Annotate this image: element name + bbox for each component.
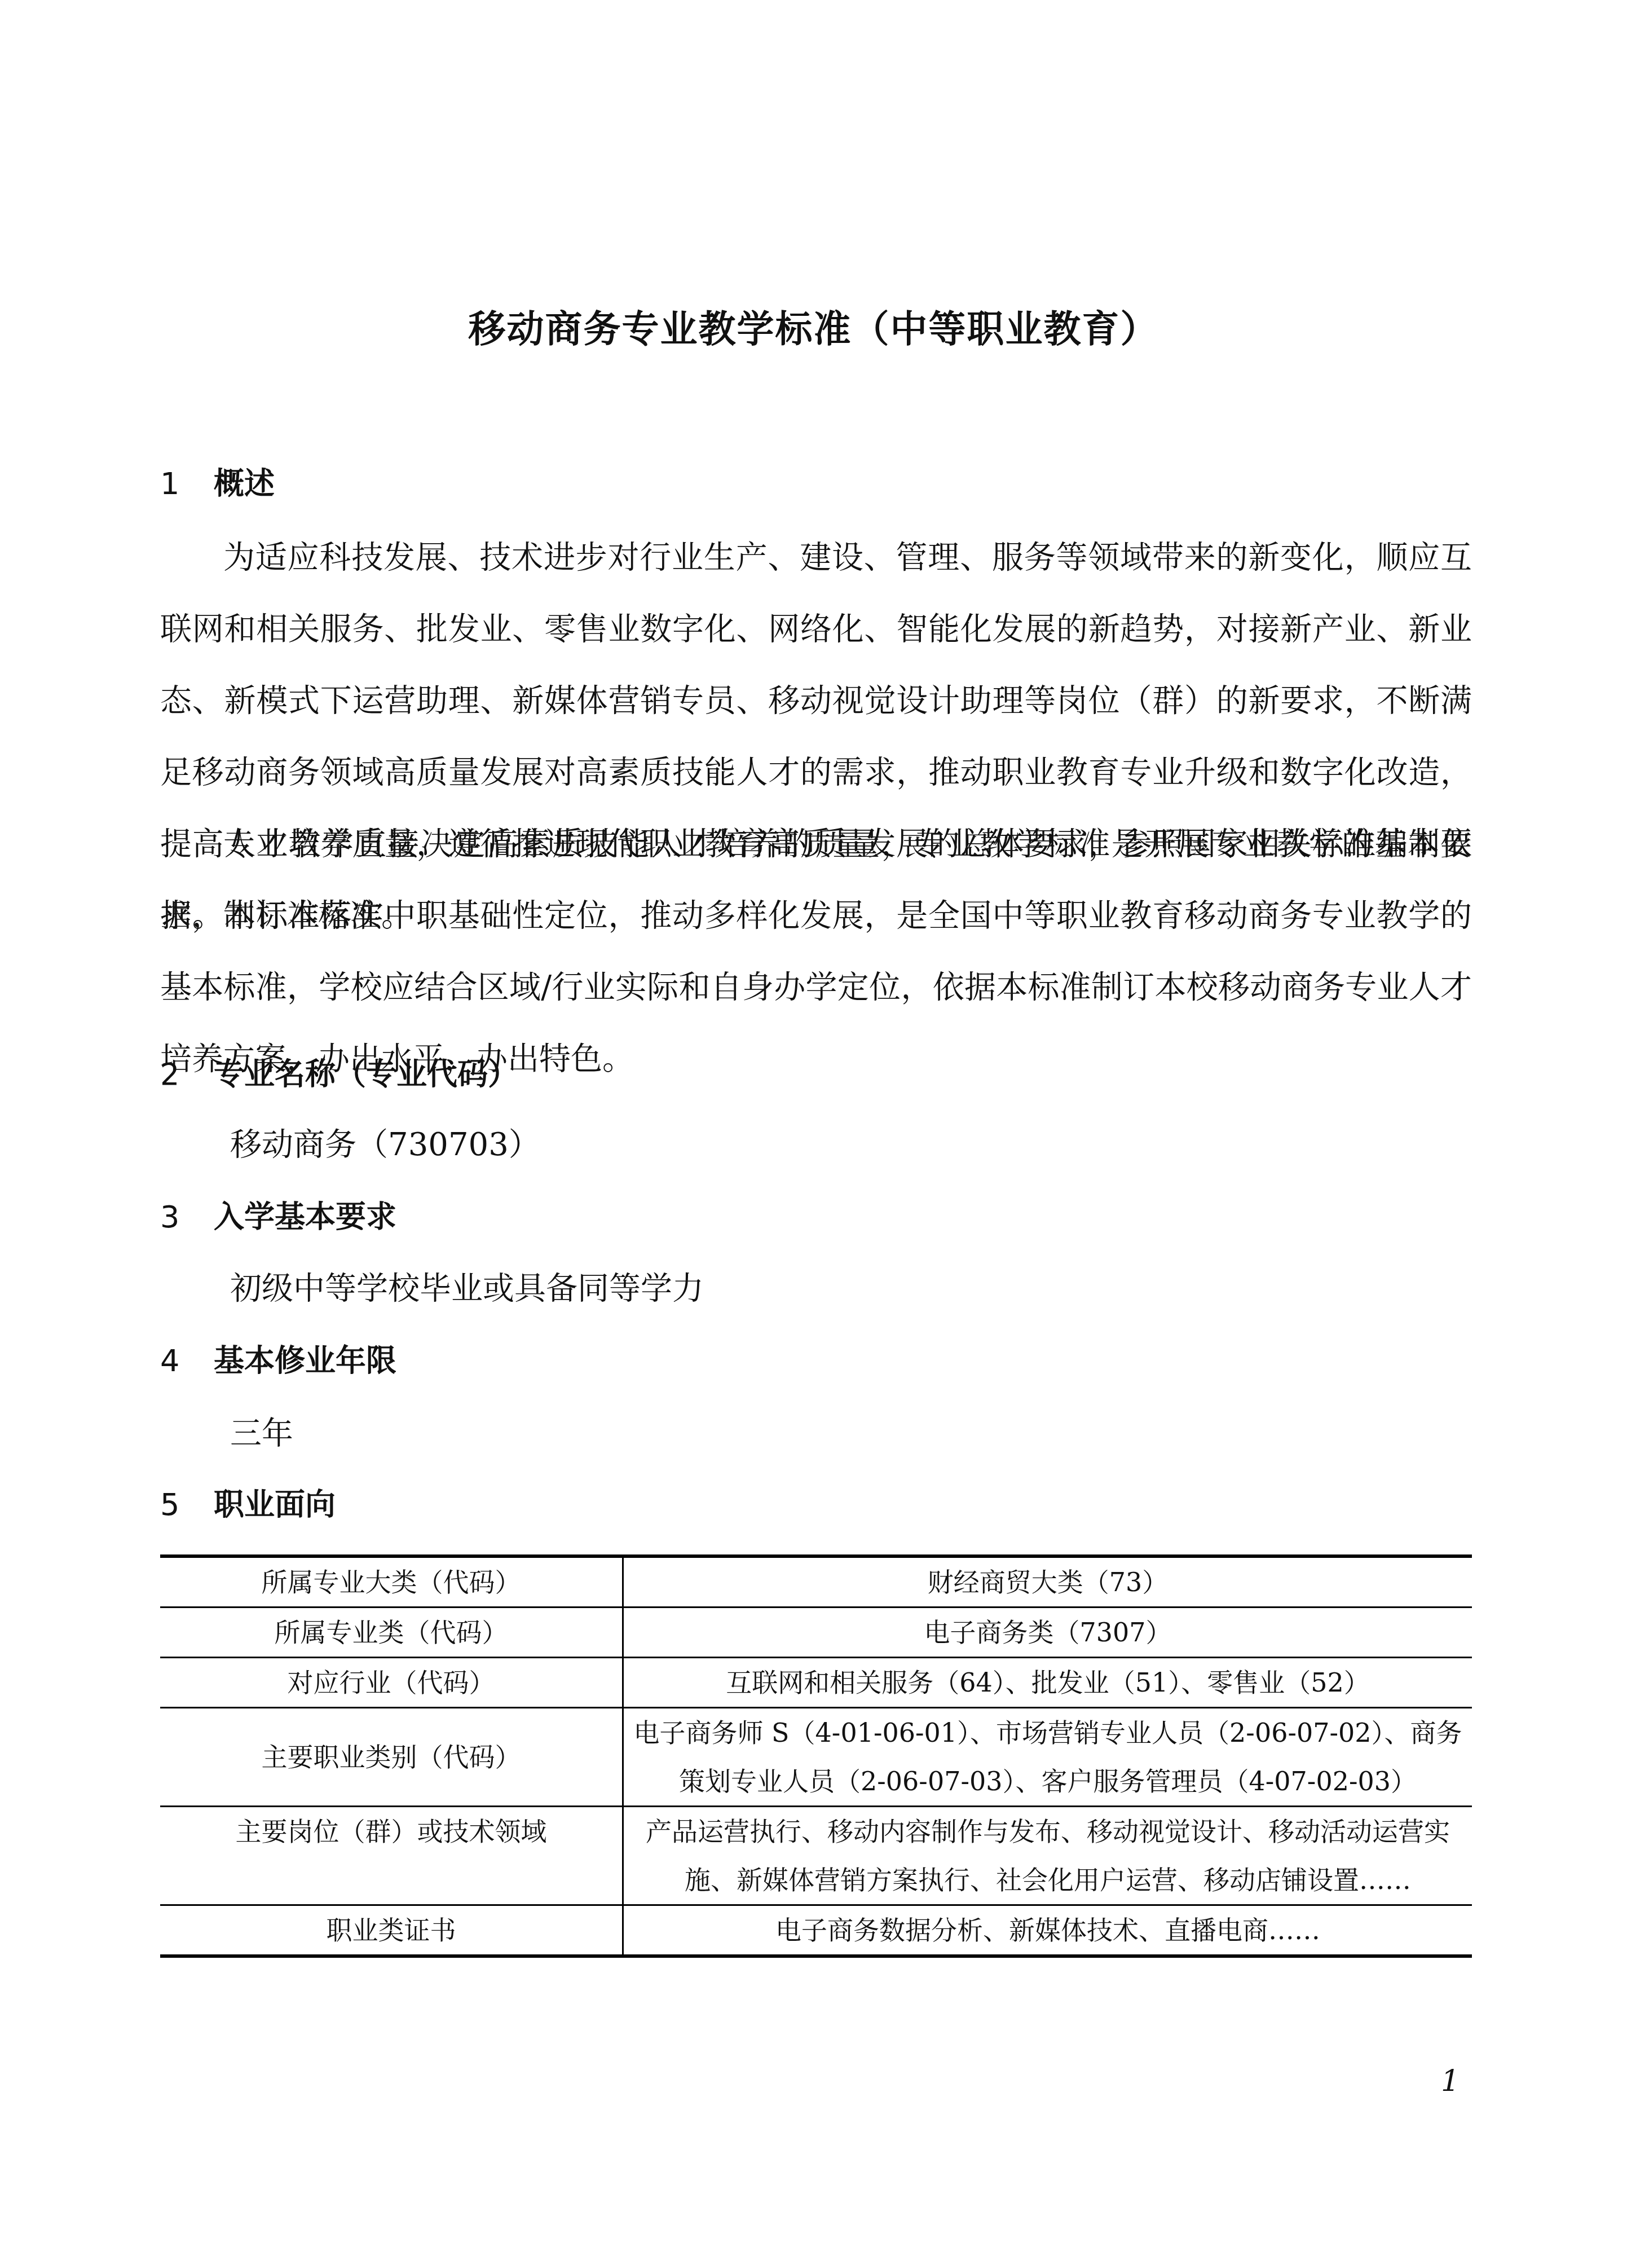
section-heading-duration: 4基本修业年限	[160, 1337, 396, 1380]
section-number: 2	[160, 1056, 214, 1092]
section-number: 5	[160, 1487, 214, 1522]
page-number: 1	[1441, 2064, 1460, 2098]
table-row: 主要职业类别（代码） 电子商务师 S（4-01-06-01）、市场营销专业人员（…	[160, 1708, 1472, 1807]
career-orientation-table: 所属专业大类（代码） 财经商贸大类（73） 所属专业类（代码） 电子商务类（73…	[160, 1554, 1472, 1958]
section-title: 专业名称（专业代码）	[214, 1056, 518, 1092]
row-label: 所属专业类（代码）	[160, 1608, 623, 1658]
section-title: 概述	[214, 466, 275, 501]
row-value: 产品运营执行、移动内容制作与发布、移动视觉设计、移动活动运营实施、新媒体营销方案…	[623, 1807, 1472, 1905]
section-heading-overview: 1概述	[160, 460, 275, 503]
section-number: 1	[160, 466, 214, 501]
section-title: 入学基本要求	[214, 1199, 396, 1235]
admission-value: 初级中等学校毕业或具备同等学力	[230, 1263, 704, 1309]
row-label: 所属专业大类（代码）	[160, 1556, 623, 1608]
row-value: 电子商务类（7307）	[623, 1608, 1472, 1658]
row-label: 职业类证书	[160, 1905, 623, 1957]
table-row: 主要岗位（群）或技术领域 产品运营执行、移动内容制作与发布、移动视觉设计、移动活…	[160, 1807, 1472, 1905]
table-row: 所属专业类（代码） 电子商务类（7307）	[160, 1608, 1472, 1658]
row-value: 互联网和相关服务（64）、批发业（51）、零售业（52）	[623, 1658, 1472, 1708]
page-title: 移动商务专业教学标准（中等职业教育）	[0, 299, 1627, 353]
section-heading-admission: 3入学基本要求	[160, 1193, 396, 1236]
section-heading-major-name: 2专业名称（专业代码）	[160, 1050, 518, 1094]
section-heading-career: 5职业面向	[160, 1481, 336, 1524]
row-value: 电子商务师 S（4-01-06-01）、市场营销专业人员（2-06-07-02）…	[623, 1708, 1472, 1807]
row-label: 对应行业（代码）	[160, 1658, 623, 1708]
section-title: 基本修业年限	[214, 1343, 396, 1379]
row-label: 主要职业类别（代码）	[160, 1708, 623, 1807]
table-row: 所属专业大类（代码） 财经商贸大类（73）	[160, 1556, 1472, 1608]
section-title: 职业面向	[214, 1487, 336, 1522]
row-label: 主要岗位（群）或技术领域	[160, 1807, 623, 1905]
major-name-value: 移动商务（730703）	[230, 1120, 540, 1165]
section-number: 4	[160, 1343, 214, 1379]
table-row: 对应行业（代码） 互联网和相关服务（64）、批发业（51）、零售业（52）	[160, 1658, 1472, 1708]
duration-value: 三年	[230, 1408, 293, 1454]
row-value: 财经商贸大类（73）	[623, 1556, 1472, 1608]
row-value: 电子商务数据分析、新媒体技术、直播电商……	[623, 1905, 1472, 1957]
section-number: 3	[160, 1199, 214, 1235]
table-row: 职业类证书 电子商务数据分析、新媒体技术、直播电商……	[160, 1905, 1472, 1957]
